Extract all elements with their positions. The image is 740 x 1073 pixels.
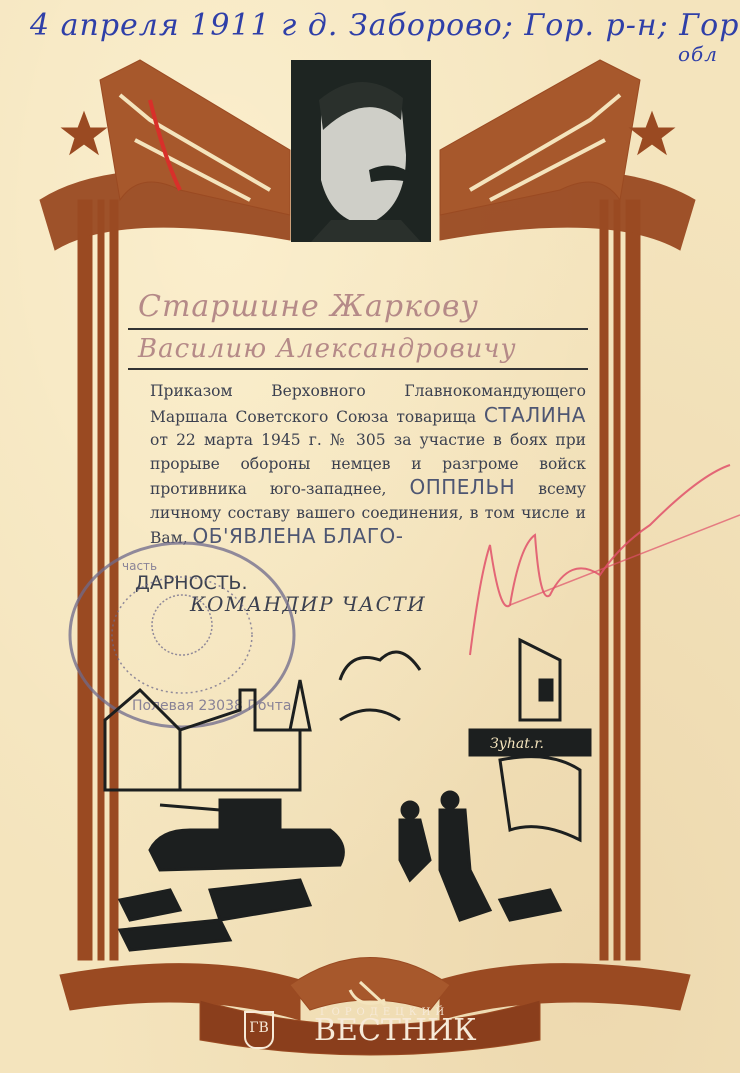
publisher-watermark: ГВ ГОРОДЕЦКИЙ ВЕСТНИК — [244, 1005, 504, 1045]
stamp-text-top: часть — [122, 559, 157, 573]
recipient-line-1: Старшине Жаркову — [128, 290, 588, 330]
portrait-image — [291, 60, 431, 242]
underline — [128, 368, 588, 370]
recipient-name-patronymic: Василию Александровичу — [138, 334, 517, 364]
battle-scene-illustration: Зуhаt.r. — [100, 620, 620, 960]
watermark-big-text: ВЕСТНИК — [314, 1013, 476, 1048]
publisher-logo-icon: ГВ — [244, 1011, 274, 1049]
stalin-caps: СТАЛИНА — [484, 403, 586, 427]
recipient-rank-surname: Старшине Жаркову — [138, 289, 479, 324]
recipient-line-2: Василию Александровичу — [128, 330, 588, 370]
sign-text: Зуhаt.r. — [490, 736, 544, 752]
